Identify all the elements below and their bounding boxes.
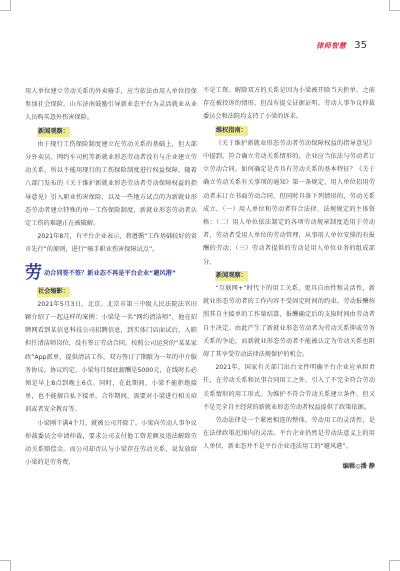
news-observation-label: 新闻观察： [215,271,248,281]
social-snapshot-label: 社会缩影： [37,287,70,297]
editor-byline: 编辑◎潘 静 [203,460,375,473]
section-heading: 劳动合同签不签？新业态不再是平台企业“避风港” [25,265,197,282]
paragraph: 用人单位建立劳动关系的外卖骑手，应当依法由用人单位投保参加社会保险。山东济南鼓励… [25,85,197,125]
magazine-brand: 律师智慧 [316,41,346,51]
rights-guide-label: 维权指南： [215,126,248,136]
paragraph: “互联网+”时代下的用工关系，更具自由性和灵活性，新就业形态劳动者的工作内容不受… [203,282,375,361]
paragraph: 劳动法律是一个紧密相连的整体，劳动用工的灵活性，是在法律政策范围内的灵活。平台企… [203,414,375,454]
crop-mark-top-right [389,0,400,11]
paragraph: 2021年5月3日，北京。北京市第三中级人民法院法官田颖介绍了一起这样的案例：小… [25,298,197,417]
paragraph: 2021年8月，有平台企业表示，将遵循“工作基础较好的省市先行”的原则，进行“骑… [25,230,197,256]
crop-mark-bottom-left [0,560,11,571]
page-number: 35 [354,40,367,51]
paragraph: 由于现行工伤保险制度建立在劳动关系的基础上，但大部分外卖员、网约车司机等新就业形… [25,138,197,230]
news-observation-label: 新闻观察： [37,127,70,137]
paragraph: 2021年，国家有关部门出台文件明确平台企业应承担责任，在劳动关系和民事合同用工… [203,361,375,414]
left-column: 用人单位建立劳动关系的外卖骑手，应当依法由用人单位投保参加社会保险。山东济南鼓励… [25,85,197,469]
page-header: 律师智慧 35 [316,40,367,51]
paragraph: 《关于维护新就业形态劳动者劳动保障权益的指导意见》中提到，符合确立劳动关系情形的… [203,137,375,269]
right-column: 不是工资。解除双方的关系是因为小梁被开除当天拒单，之前存在被投诉的情形，但没有提… [203,84,375,473]
crop-mark-top-left [0,0,11,11]
section-title-text: 动合同签不签？新业态不再是平台企业“避风港” [44,270,176,277]
paragraph: 不是工资。解除双方的关系是因为小梁被开除当天拒单，之前存在被投诉的情形，但没有提… [203,84,375,124]
paragraph: 小梁刚干满4个月，就被公司开除了。小梁向劳动人事争议仲裁委员会申请仲裁，要求公司… [25,417,197,470]
section-initial: 劳 [25,263,42,283]
crop-mark-bottom-right [389,560,400,571]
